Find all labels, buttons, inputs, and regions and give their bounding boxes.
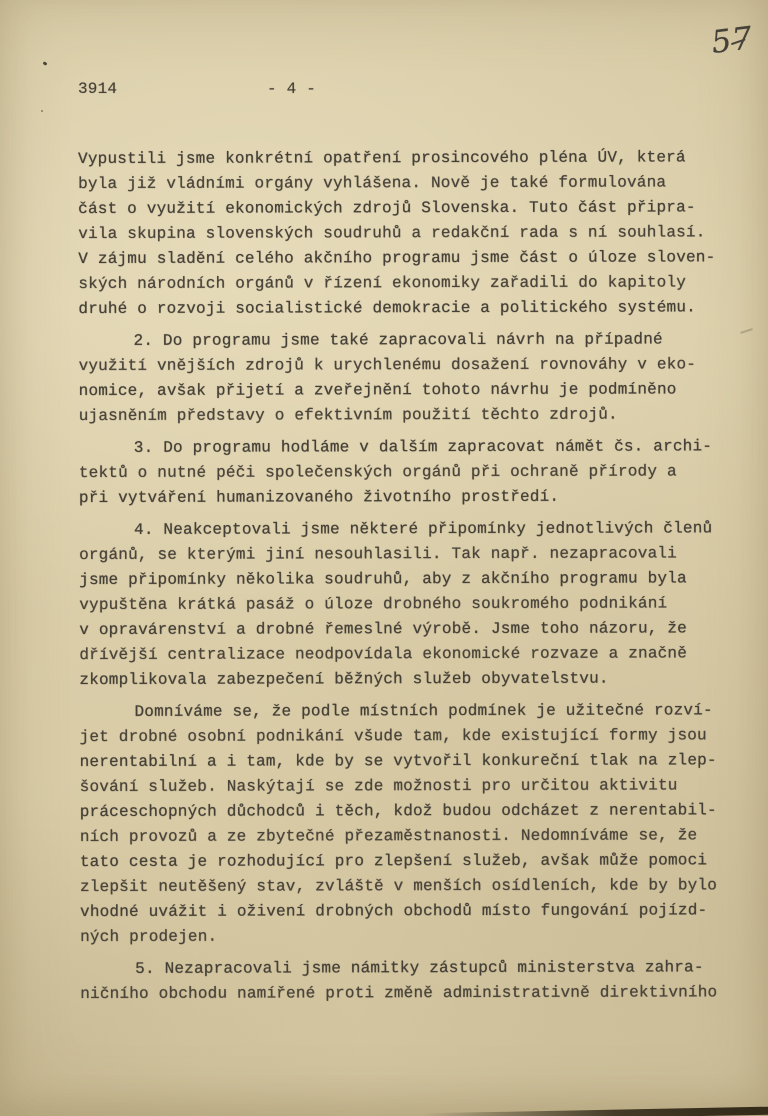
text-line: šování služeb. Naskýtají se zde možnosti… bbox=[80, 773, 752, 800]
text-line: zkomplikovala zabezpečení běžných služeb… bbox=[79, 666, 751, 693]
document-page: 3914 - 4 - 57 Vypustili jsme konkrétní o… bbox=[0, 0, 768, 1116]
text-line: část o využití ekonomických zdrojů Slove… bbox=[78, 195, 750, 222]
ink-speck bbox=[41, 110, 43, 112]
text-line: zlepšit neutěšený stav, zvláště v menšíc… bbox=[80, 873, 752, 900]
text-line: tato cesta je rozhodující pro zlepšení s… bbox=[80, 848, 752, 875]
text-line: V zájmu sladění celého akčního programu … bbox=[78, 245, 750, 272]
text-line: 2. Do programu jsme také zapracovali náv… bbox=[78, 327, 750, 354]
text-line: orgánů, se kterými jiní nesouhlasili. Ta… bbox=[79, 541, 751, 568]
text-line: ujasněním představy o efektivním použití… bbox=[79, 402, 751, 429]
paragraph-3: 3. Do programu hodláme v dalším zapracov… bbox=[79, 434, 751, 511]
text-line: nomice, avšak přijetí a zveřejnění tohot… bbox=[79, 377, 751, 404]
document-body: Vypustili jsme konkrétní opatření prosin… bbox=[78, 145, 752, 1014]
text-line: Domníváme se, že podle místních podmínek… bbox=[79, 698, 751, 725]
paragraph-5: Domníváme se, že podle místních podmínek… bbox=[79, 698, 752, 950]
text-line: 3. Do programu hodláme v dalším zapracov… bbox=[79, 434, 751, 461]
text-line: Vypustili jsme konkrétní opatření prosin… bbox=[78, 145, 750, 172]
text-line: vila skupina slovenských soudruhů a reda… bbox=[78, 220, 750, 247]
ink-speck bbox=[43, 61, 48, 66]
document-number: 3914 bbox=[78, 80, 117, 98]
paragraph-6: 5. Nezapracovali jsme námitky zástupců m… bbox=[80, 955, 752, 1007]
page-number: - 4 - bbox=[267, 80, 316, 98]
text-line: tektů o nutné péči společenských orgánů … bbox=[79, 459, 751, 486]
scan-edge-shadow bbox=[422, 1107, 768, 1116]
text-line: ných prodejen. bbox=[80, 923, 752, 950]
text-line: 4. Neakceptovali jsme některé připomínky… bbox=[79, 516, 751, 543]
page-header: 3914 - 4 - bbox=[0, 80, 768, 100]
text-line: ničního obchodu namířené proti změně adm… bbox=[80, 980, 752, 1007]
text-line: ních provozů a ze zbytečné přezaměstnano… bbox=[80, 823, 752, 850]
handwritten-digits: 57 bbox=[710, 20, 756, 61]
paragraph-4: 4. Neakceptovali jsme některé připomínky… bbox=[79, 516, 751, 693]
text-line: v opravárenství a drobné řemeslné výrobě… bbox=[79, 616, 751, 643]
text-line: jet drobné osobní podnikání všude tam, k… bbox=[80, 723, 752, 750]
text-line: ských národních orgánů v řízení ekonomik… bbox=[78, 270, 750, 297]
paragraph-1: Vypustili jsme konkrétní opatření prosin… bbox=[78, 145, 750, 322]
paragraph-2: 2. Do programu jsme také zapracovali náv… bbox=[78, 327, 750, 429]
text-line: práceschopných důchodců i těch, kdož bud… bbox=[80, 798, 752, 825]
text-line: byla již vládními orgány vyhlášena. Nově… bbox=[78, 170, 750, 197]
text-line: vhodné uvážit i oživení drobných obchodů… bbox=[80, 898, 752, 925]
handwritten-page-number: 57 bbox=[709, 17, 764, 71]
text-line: využití vnějších zdrojů k urychlenému do… bbox=[79, 352, 751, 379]
text-line: 5. Nezapracovali jsme námitky zástupců m… bbox=[80, 955, 752, 982]
text-line: při vytváření humanizovaného životního p… bbox=[79, 484, 751, 511]
text-line: jsme připomínky několika soudruhů, aby z… bbox=[79, 566, 751, 593]
text-line: dřívější centralizace neodpovídala ekono… bbox=[79, 641, 751, 668]
text-line: vypuštěna krátká pasáž o úloze drobného … bbox=[79, 591, 751, 618]
text-line: druhé o rozvoji socialistické demokracie… bbox=[78, 295, 750, 322]
text-line: nerentabilní a i tam, kde by se vytvořil… bbox=[80, 748, 752, 775]
